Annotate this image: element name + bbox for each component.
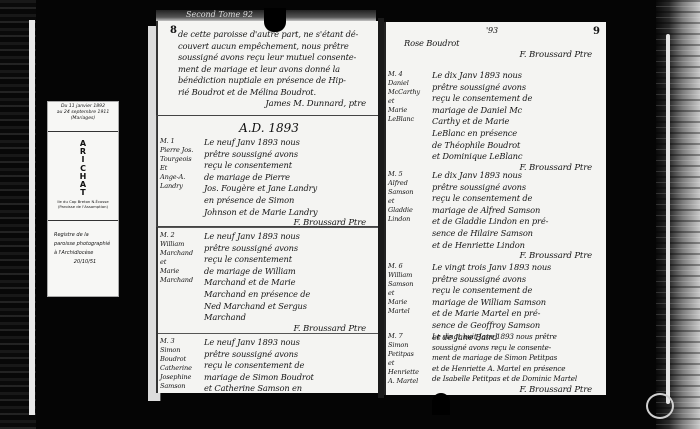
text-line: et de Gladdie Lindon en pré- [432, 216, 602, 228]
text-line: Jos. Fougère et Jane Landry [204, 183, 376, 195]
film-edge-right [656, 0, 700, 429]
groom-surname: Marchand [160, 249, 204, 258]
text-line: ment de mariage de Simon Petitpas [432, 353, 602, 364]
entry-body: Le dix Janv 1893 nous prêtre soussigné a… [432, 70, 602, 170]
conjunction: et [388, 359, 432, 368]
bride-surname: Landry [160, 182, 204, 191]
film-curl [646, 393, 674, 419]
bride-surname: Lindon [388, 215, 432, 224]
text-line: Le neuf Janv 1893 nous [204, 137, 376, 149]
text-line: prêtre soussigné avons [204, 349, 376, 361]
bride-name: Gladdie [388, 206, 432, 215]
place-name: A R I C H A T [50, 140, 116, 197]
text-line: couvert aucun empêchement, nous prêtre [178, 41, 376, 53]
text-line: prêtre soussigné avons [204, 243, 376, 255]
groom-surname: Samson [388, 188, 432, 197]
text-line: sence de Geoffroy Samson [432, 320, 602, 332]
entry-body: Le neuf Janv 1893 nous prêtre soussigné … [204, 337, 376, 393]
entry-divider [158, 333, 380, 334]
entry-number: M. 4 [388, 70, 432, 79]
index-card-dates: Du 11 janvier 1892 au 24 septembre 1911 … [48, 102, 118, 132]
year-heading: A.D. 1893 [158, 121, 380, 135]
signature: F. Broussard Ptre [404, 50, 602, 62]
marriage-entry: M. 4 Daniel McCarthy et Marie LeBlanc Le… [386, 70, 606, 170]
entry-margin: M. 2 William Marchand et Marie Marchand [160, 231, 204, 285]
marriage-entry: M. 1 Pierre Jos. Tourgeois Et Ange-A. La… [158, 137, 380, 227]
marriage-entry: M. 3 Simon Boudrot Catherine Josephine S… [158, 337, 380, 393]
bride-name: Catherine [160, 364, 204, 373]
text-line: mariage de William Samson [432, 297, 602, 309]
text-line: prêtre soussigné avons [432, 274, 602, 286]
entry-margin: M. 1 Pierre Jos. Tourgeois Et Ange-A. La… [160, 137, 204, 191]
text-line: Marchand et de Marie [204, 277, 376, 289]
text-line: Le neuf Janv 1893 nous [204, 337, 376, 349]
text-line: Le vingt huit Janv 1893 nous prêtre [432, 332, 602, 343]
entry-body: Le neuf Janv 1893 nous prêtre soussigné … [204, 231, 376, 331]
text-line: et de Marie Martel en pré- [432, 308, 602, 320]
entry-body: Le dix Janv 1893 nous prêtre soussigné a… [432, 170, 602, 260]
entry-margin: M. 6 William Samson et Marie Martel [388, 262, 432, 316]
film-strip-left [29, 20, 35, 415]
text-line: rié Boudrot et de Mélina Boudrot. [178, 87, 376, 99]
text-line: de mariage de William [204, 266, 376, 278]
text-line: mariage de Daniel Mc [432, 105, 602, 117]
text-line: mariage de Simon Boudrot [204, 372, 376, 384]
entry-body: Le vingt huit Janv 1893 nous prêtre sous… [432, 332, 602, 395]
conjunction: Et [160, 164, 204, 173]
entry-body: Le vingt trois Janv 1893 nous prêtre sou… [432, 262, 602, 343]
text-line: reçu le consentement de [204, 360, 376, 372]
groom-name: Simon [160, 346, 204, 355]
text-line: en présence de Simon [204, 195, 376, 207]
entry-number: M. 6 [388, 262, 432, 271]
text-line: mariage de Alfred Samson [432, 205, 602, 217]
groom-surname: McCarthy [388, 88, 432, 97]
groom-surname: Petitpas [388, 350, 432, 359]
text-line: Le vingt trois Janv 1893 nous [432, 262, 602, 274]
marriage-entry: M. 2 William Marchand et Marie Marchand … [158, 231, 380, 331]
groom-name: Pierre Jos. [160, 146, 204, 155]
header-note: '93 [486, 25, 498, 37]
place-sub: Ile du Cap Breton N.Écosse (Paroisse de … [50, 199, 116, 209]
entry-number: M. 3 [160, 337, 204, 346]
top-band-label: Second Tome 92 [186, 10, 253, 19]
text-line: ment de mariage et leur avons donné la [178, 64, 376, 76]
letter: T [50, 189, 116, 197]
conjunction: et [388, 289, 432, 298]
entry-margin: M. 3 Simon Boudrot Catherine Josephine S… [160, 337, 204, 391]
groom-surname: Tourgeois [160, 155, 204, 164]
entry-divider [158, 227, 380, 228]
text-line: Johnson et de Marie Landry [204, 207, 376, 219]
signature: F. Broussard Ptre [432, 163, 602, 170]
entry-body: Rose Boudrot F. Broussard Ptre [404, 38, 602, 61]
entry-body: Le neuf Janv 1893 nous prêtre soussigné … [204, 137, 376, 227]
index-card-place: A R I C H A T Ile du Cap Breton N.Écosse… [48, 132, 118, 221]
film-strip-right [666, 34, 670, 404]
text-line: reçu le consentement de [432, 193, 602, 205]
left-page: 8 de cette paroisse d'autre part, ne s'é… [156, 21, 380, 393]
bride-middle-name: Josephine [160, 373, 204, 382]
conjunction: et [388, 197, 432, 206]
note-date: 20/10/51 [54, 258, 116, 267]
text-line: et de Henriette Lindon [432, 240, 602, 252]
signature: F. Broussard Ptre [432, 385, 602, 396]
text-line: de Théophile Boudrot [432, 140, 602, 152]
signature: F. Broussard Ptre [204, 218, 376, 227]
text-line: Rose Boudrot [404, 38, 602, 50]
groom-name: William [388, 271, 432, 280]
text-line: de mariage de Pierre [204, 172, 376, 184]
note-line: à l'Archidiocèse [54, 249, 116, 258]
text-line: et de Henriette A. Martel en présence [432, 364, 602, 375]
text-line: Le dix Janv 1893 nous [432, 70, 602, 82]
text-line: Marchand en présence de [204, 289, 376, 301]
groom-name: Daniel [388, 79, 432, 88]
note-line: Registre de la [54, 231, 116, 240]
text-line: Le dix Janv 1893 nous [432, 170, 602, 182]
entry-number: M. 7 [388, 332, 432, 341]
index-card: Du 11 janvier 1892 au 24 septembre 1911 … [47, 101, 119, 297]
marriage-entry: M. 5 Alfred Samson et Gladdie Lindon Le … [386, 170, 606, 260]
bride-name: Ange-A. [160, 173, 204, 182]
marriage-entry: M. 7 Simon Petitpas et Henriette A. Mart… [386, 332, 606, 395]
text-line: soussigné avons reçu le consente- [432, 343, 602, 354]
conjunction: et [160, 258, 204, 267]
bride-surname: LeBlanc [388, 115, 432, 124]
text-line: de Isabelle Petitpas et de Dominic Marte… [432, 374, 602, 385]
register-book: Second Tome 92 8 de cette paroisse d'aut… [148, 8, 614, 408]
continuation-entry: de cette paroisse d'autre part, ne s'éta… [158, 29, 380, 109]
bride-surname: Marchand [160, 276, 204, 285]
record-type: (Mariages) [50, 116, 116, 122]
text-line: Ned Marchand et Sergus [204, 301, 376, 313]
text-line: Carthy et de Marie [432, 116, 602, 128]
groom-surname: Boudrot [160, 355, 204, 364]
bride-name: Marie [388, 106, 432, 115]
index-card-note: Registre de la paroisse photographié à l… [48, 221, 118, 269]
entry-margin: M. 4 Daniel McCarthy et Marie LeBlanc [388, 70, 432, 124]
entry-margin: M. 5 Alfred Samson et Gladdie Lindon [388, 170, 432, 224]
groom-surname: Samson [388, 280, 432, 289]
place-parish: (Paroisse de l'Assomption) [50, 204, 116, 209]
signature: F. Broussard Ptre [432, 251, 602, 260]
text-line: prêtre soussigné avons [204, 149, 376, 161]
text-line: reçu le consentement [204, 254, 376, 266]
text-line: prêtre soussigné avons [432, 182, 602, 194]
signature: F. Broussard Ptre [204, 324, 376, 331]
text-line: reçu le consentement de [432, 93, 602, 105]
entry-number: M. 5 [388, 170, 432, 179]
thumb-shadow [432, 393, 450, 415]
groom-name: William [160, 240, 204, 249]
groom-name: Simon [388, 341, 432, 350]
text-line: reçu le consentement [204, 160, 376, 172]
entry-body: de cette paroisse d'autre part, ne s'éta… [178, 29, 376, 110]
text-line: bénédiction nuptiale en présence de Hip- [178, 75, 376, 87]
text-line: et Dominique LeBlanc [432, 151, 602, 163]
bride-name: Henriette [388, 368, 432, 377]
bride-surname: A. Martel [388, 377, 432, 386]
conjunction: et [388, 97, 432, 106]
groom-name: Alfred [388, 179, 432, 188]
bride-surname: Samson [160, 382, 204, 391]
bride-name: Marie [160, 267, 204, 276]
text-line: Marchand [204, 312, 376, 324]
continuation-entry: Rose Boudrot F. Broussard Ptre [386, 38, 606, 68]
entry-margin: M. 7 Simon Petitpas et Henriette A. Mart… [388, 332, 432, 386]
bride-name: Marie [388, 298, 432, 307]
entry-number: M. 2 [160, 231, 204, 240]
text-line: prêtre soussigné avons [432, 82, 602, 94]
page-clip [264, 8, 286, 32]
page-number: 9 [593, 26, 600, 37]
text-line: soussigné avons reçu leur mutuel consent… [178, 52, 376, 64]
note-line: paroisse photographié [54, 240, 116, 249]
bride-surname: Martel [388, 307, 432, 316]
text-line: Le neuf Janv 1893 nous [204, 231, 376, 243]
text-line: sence de Hilaire Samson [432, 228, 602, 240]
text-line: et Catherine Samson en [204, 383, 376, 393]
signature: James M. Dunnard, ptre [178, 99, 376, 111]
text-line: LeBlanc en présence [432, 128, 602, 140]
text-line: reçu le consentement de [432, 285, 602, 297]
entry-number: M. 1 [160, 137, 204, 146]
right-page: 9 '93 Rose Boudrot F. Broussard Ptre M. … [384, 22, 606, 395]
